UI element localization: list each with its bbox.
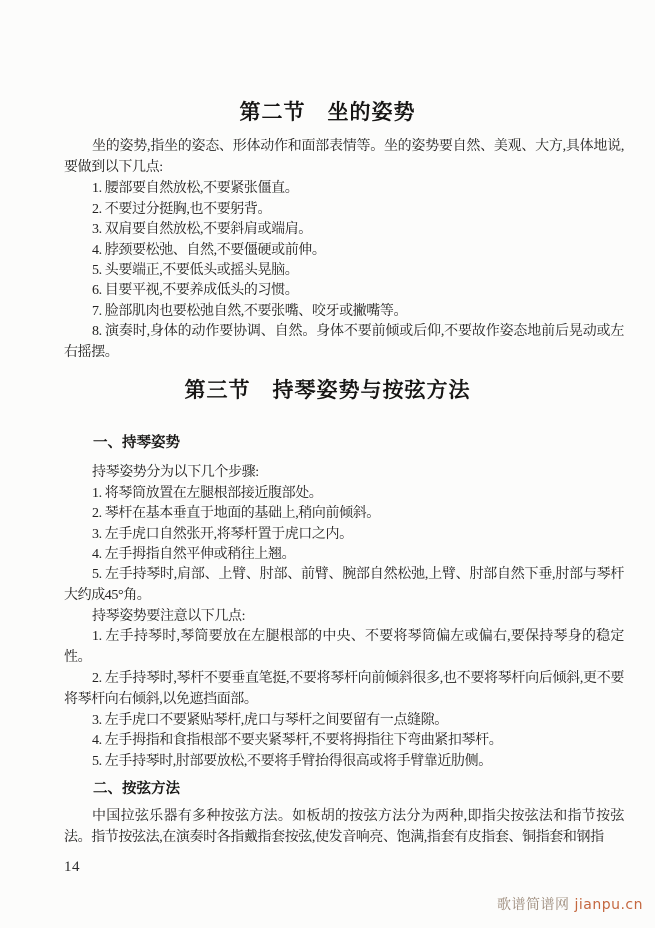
holding-step-item: 2. 琴杆在基本垂直于地面的基础上,稍向前倾斜。 xyxy=(64,504,624,525)
holding-step-item: 5. 左手持琴时,肩部、上臂、肘部、前臂、腕部自然松弛,上臂、肘部自然下垂,肘部… xyxy=(64,565,624,606)
posture-rule-item: 5. 头要端正,不要低头或摇头晃脑。 xyxy=(64,261,624,282)
holding-note-item: 5. 左手持琴时,肘部要放松,不要将手臂抬得很高或将手臂靠近肋侧。 xyxy=(64,752,624,773)
posture-rule-item: 3. 双肩要自然放松,不要斜肩或端肩。 xyxy=(64,220,624,241)
posture-rule-item: 8. 演奏时,身体的动作要协调、自然。身体不要前倾或后仰,不要故作姿态地前后晃动… xyxy=(64,322,624,363)
book-page: 第二节 坐的姿势 坐的姿势,指坐的姿态、形体动作和面部表情等。坐的姿势要自然、美… xyxy=(0,0,655,928)
posture-rule-item: 6. 目要平视,不要养成低头的习惯。 xyxy=(64,281,624,302)
posture-rule-item: 4. 脖颈要松弛、自然,不要僵硬或前伸。 xyxy=(64,241,624,262)
holding-step-item: 4. 左手拇指自然平伸或稍往上翘。 xyxy=(64,545,624,566)
holding-step-item: 3. 左手虎口自然张开,将琴杆置于虎口之内。 xyxy=(64,525,624,546)
watermark: 歌谱简谱网 jianpu.cn xyxy=(497,894,643,914)
string-pressing-paragraph: 中国拉弦乐器有多种按弦方法。如板胡的按弦方法分为两种,即指尖按弦法和指节按弦法。… xyxy=(64,807,624,848)
string-pressing-heading: 二、按弦方法 xyxy=(64,779,624,800)
holding-note-item: 2. 左手持琴时,琴杆不要垂直笔挺,不要将琴杆向前倾斜很多,也不要将琴杆向后倾斜… xyxy=(64,669,624,710)
holding-steps-intro: 持琴姿势分为以下几个步骤: xyxy=(64,463,624,484)
watermark-site-url: jianpu.cn xyxy=(574,897,643,913)
holding-step-item: 1. 将琴筒放置在左腿根部接近腹部处。 xyxy=(64,484,624,505)
page-number: 14 xyxy=(64,859,80,876)
posture-rule-item: 7. 脸部肌肉也要松弛自然,不要张嘴、咬牙或撇嘴等。 xyxy=(64,302,624,323)
holding-posture-heading: 一、持琴姿势 xyxy=(64,433,624,454)
posture-rule-item: 2. 不要过分挺胸,也不要躬背。 xyxy=(64,200,624,221)
holding-note-item: 3. 左手虎口不要紧贴琴杆,虎口与琴杆之间要留有一点缝隙。 xyxy=(64,711,624,732)
holding-notes-intro: 持琴姿势要注意以下几点: xyxy=(64,607,624,628)
posture-rule-item: 1. 腰部要自然放松,不要紧张僵直。 xyxy=(64,179,624,200)
section3-title: 第三节 持琴姿势与按弦方法 xyxy=(0,374,655,404)
section2-intro-paragraph: 坐的姿势,指坐的姿态、形体动作和面部表情等。坐的姿势要自然、美观、大方,具体地说… xyxy=(64,137,624,178)
section2-title: 第二节 坐的姿势 xyxy=(0,96,655,126)
holding-note-item: 4. 左手拇指和食指根部不要夹紧琴杆,不要将拇指往下弯曲紧扣琴杆。 xyxy=(64,731,624,752)
holding-note-item: 1. 左手持琴时,琴筒要放在左腿根部的中央、不要将琴筒偏左或偏右,要保持琴身的稳… xyxy=(64,627,624,668)
watermark-site-name: 歌谱简谱网 xyxy=(497,897,570,913)
